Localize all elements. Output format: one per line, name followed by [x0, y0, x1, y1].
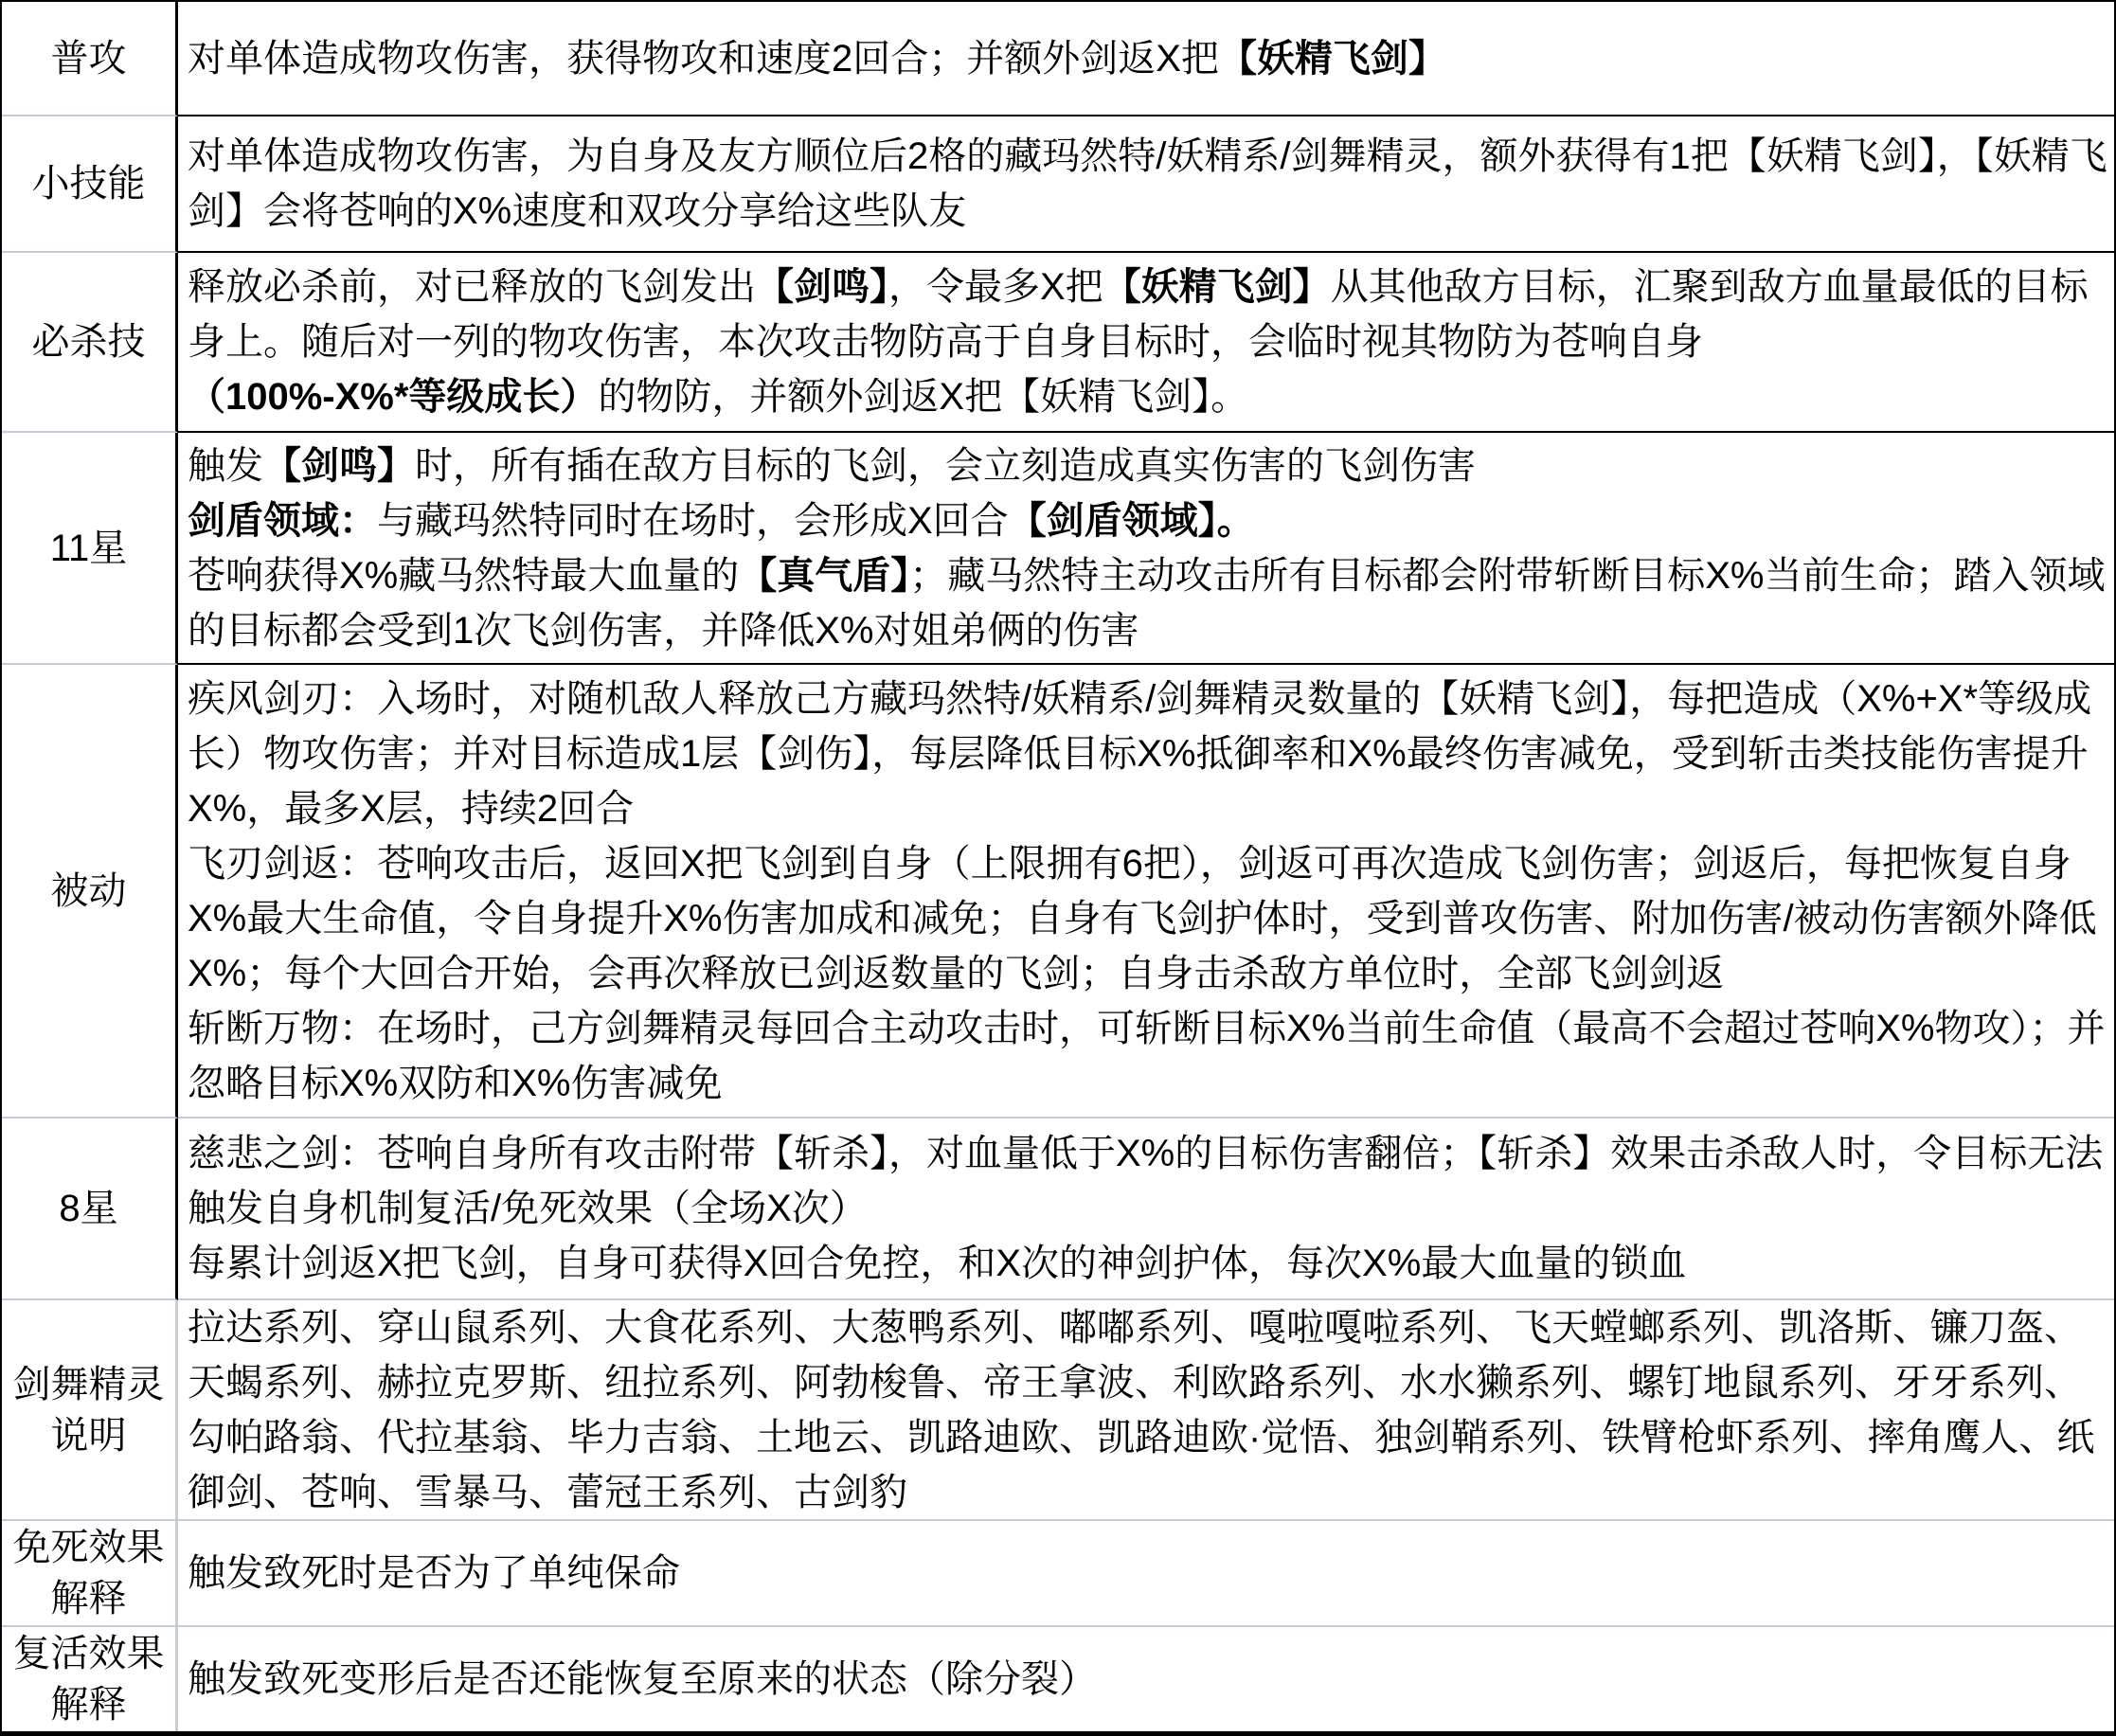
table-row: 8星慈悲之剑：苍响自身所有攻击附带【斩杀】，对血量低于X%的目标伤害翻倍；【斩杀… [2, 1119, 2114, 1300]
content-paragraph: 每累计剑返X把飞剑，自身可获得X回合免控，和X次的神剑护体，每次X%最大血量的锁… [188, 1236, 2110, 1291]
bold-text-segment: 【妖精飞剑】 [1103, 266, 1331, 308]
content-paragraph: 释放必杀前，对已释放的飞剑发出【剑鸣】，令最多X把【妖精飞剑】从其他敌方目标，汇… [188, 260, 2110, 424]
table-row: 被动疾风剑刃：入场时，对随机敌人释放己方藏玛然特/妖精系/剑舞精灵数量的【妖精飞… [2, 665, 2114, 1119]
row-content-cell: 触发致死变形后是否还能恢复至原来的状态（除分裂） [178, 1627, 2114, 1731]
content-paragraph: 剑盾领域：与藏玛然特同时在场时，会形成X回合【剑盾领域】。 [188, 493, 2110, 548]
row-label-cell: 必杀技 [2, 253, 178, 433]
text-segment: 斩断万物：在场时，己方剑舞精灵每回合主动攻击时，可斩断目标X%当前生命值（最高不… [188, 1008, 2106, 1104]
text-segment: 疾风剑刃：入场时，对随机敌人释放己方藏玛然特/妖精系/剑舞精灵数量的【妖精飞剑】… [188, 678, 2091, 830]
text-segment: 拉达系列、穿山鼠系列、大食花系列、大葱鸭系列、嘟嘟系列、嘎啦嘎啦系列、飞天螳螂系… [188, 1307, 2094, 1513]
bold-text-segment: （100%-X%*等级成长） [188, 376, 598, 418]
row-content-cell: 疾风剑刃：入场时，对随机敌人释放己方藏玛然特/妖精系/剑舞精灵数量的【妖精飞剑】… [178, 665, 2114, 1119]
table-row: 免死效果解释触发致死时是否为了单纯保命 [2, 1521, 2114, 1627]
content-paragraph: 飞刃剑返：苍响攻击后，返回X把飞剑到自身（上限拥有6把），剑返可再次造成飞剑伤害… [188, 836, 2110, 1001]
text-segment: 对单体造成物攻伤害，获得物攻和速度2回合；并额外剑返X把 [188, 38, 1219, 80]
text-segment: 触发致死变形后是否还能恢复至原来的状态（除分裂） [188, 1658, 1097, 1700]
text-segment: 每累计剑返X把飞剑，自身可获得X回合免控，和X次的神剑护体，每次X%最大血量的锁… [188, 1243, 1686, 1284]
table-row: 必杀技释放必杀前，对已释放的飞剑发出【剑鸣】，令最多X把【妖精飞剑】从其他敌方目… [2, 253, 2114, 433]
bold-text-segment: 【剑盾领域】。 [1009, 500, 1255, 542]
content-paragraph: 触发致死时是否为了单纯保命 [188, 1546, 2110, 1601]
row-content-cell: 拉达系列、穿山鼠系列、大食花系列、大葱鸭系列、嘟嘟系列、嘎啦嘎啦系列、飞天螳螂系… [178, 1300, 2114, 1521]
text-segment: 苍响获得X%藏马然特最大血量的 [188, 555, 739, 597]
text-segment: 与藏玛然特同时在场时，会形成X回合 [377, 500, 1009, 542]
content-paragraph: 对单体造成物攻伤害，获得物攻和速度2回合；并额外剑返X把【妖精飞剑】 [188, 31, 2110, 86]
row-content-cell: 慈悲之剑：苍响自身所有攻击附带【斩杀】，对血量低于X%的目标伤害翻倍；【斩杀】效… [178, 1119, 2114, 1300]
row-label-cell: 11星 [2, 433, 178, 665]
row-label-cell: 普攻 [2, 2, 178, 116]
table-row: 复活效果解释触发致死变形后是否还能恢复至原来的状态（除分裂） [2, 1627, 2114, 1731]
bold-text-segment: 剑盾领域： [188, 500, 377, 542]
text-segment: ，令最多X把 [888, 266, 1103, 308]
content-paragraph: 斩断万物：在场时，己方剑舞精灵每回合主动攻击时，可斩断目标X%当前生命值（最高不… [188, 1001, 2110, 1111]
row-label-cell: 被动 [2, 665, 178, 1119]
content-paragraph: 对单体造成物攻伤害，为自身及友方顺位后2格的藏玛然特/妖精系/剑舞精灵，额外获得… [188, 129, 2110, 239]
row-content-cell: 释放必杀前，对已释放的飞剑发出【剑鸣】，令最多X把【妖精飞剑】从其他敌方目标，汇… [178, 253, 2114, 433]
text-segment: 触发致死时是否为了单纯保命 [188, 1552, 680, 1594]
row-content-cell: 对单体造成物攻伤害，为自身及友方顺位后2格的藏玛然特/妖精系/剑舞精灵，额外获得… [178, 116, 2114, 253]
bold-text-segment: 【剑鸣】 [756, 266, 888, 308]
row-label-cell: 小技能 [2, 116, 178, 253]
text-segment: 飞刃剑返：苍响攻击后，返回X把飞剑到自身（上限拥有6把），剑返可再次造成飞剑伤害… [188, 843, 2097, 994]
content-paragraph: 触发致死变形后是否还能恢复至原来的状态（除分裂） [188, 1652, 2110, 1707]
row-label-cell: 复活效果解释 [2, 1627, 178, 1731]
skill-table: 普攻对单体造成物攻伤害，获得物攻和速度2回合；并额外剑返X把【妖精飞剑】小技能对… [0, 0, 2116, 1736]
row-content-cell: 触发致死时是否为了单纯保命 [178, 1521, 2114, 1627]
content-paragraph: 疾风剑刃：入场时，对随机敌人释放己方藏玛然特/妖精系/剑舞精灵数量的【妖精飞剑】… [188, 671, 2110, 836]
text-segment: 慈悲之剑：苍响自身所有攻击附带【斩杀】，对血量低于X%的目标伤害翻倍；【斩杀】效… [188, 1133, 2103, 1229]
row-label-cell: 8星 [2, 1119, 178, 1300]
text-segment: 的物防，并额外剑返X把【妖精飞剑】。 [598, 376, 1248, 418]
row-label-cell: 免死效果解释 [2, 1521, 178, 1627]
text-segment: 触发 [188, 445, 263, 487]
table-row: 小技能对单体造成物攻伤害，为自身及友方顺位后2格的藏玛然特/妖精系/剑舞精灵，额… [2, 116, 2114, 253]
bold-text-segment: 【真气盾】 [739, 555, 909, 597]
text-segment: 时，所有插在敌方目标的飞剑，会立刻造成真实伤害的飞剑伤害 [415, 445, 1476, 487]
table-row: 普攻对单体造成物攻伤害，获得物攻和速度2回合；并额外剑返X把【妖精飞剑】 [2, 2, 2114, 116]
row-label-cell: 剑舞精灵说明 [2, 1300, 178, 1521]
bold-text-segment: 【剑鸣】 [263, 445, 415, 487]
content-paragraph: 触发【剑鸣】时，所有插在敌方目标的飞剑，会立刻造成真实伤害的飞剑伤害 [188, 438, 2110, 493]
content-paragraph: 慈悲之剑：苍响自身所有攻击附带【斩杀】，对血量低于X%的目标伤害翻倍；【斩杀】效… [188, 1126, 2110, 1236]
content-paragraph: 拉达系列、穿山鼠系列、大食花系列、大葱鸭系列、嘟嘟系列、嘎啦嘎啦系列、飞天螳螂系… [188, 1300, 2110, 1520]
table-row: 剑舞精灵说明拉达系列、穿山鼠系列、大食花系列、大葱鸭系列、嘟嘟系列、嘎啦嘎啦系列… [2, 1300, 2114, 1521]
table-row: 11星触发【剑鸣】时，所有插在敌方目标的飞剑，会立刻造成真实伤害的飞剑伤害剑盾领… [2, 433, 2114, 665]
row-content-cell: 触发【剑鸣】时，所有插在敌方目标的飞剑，会立刻造成真实伤害的飞剑伤害剑盾领域：与… [178, 433, 2114, 665]
content-paragraph: 苍响获得X%藏马然特最大血量的【真气盾】；藏马然特主动攻击所有目标都会附带斩断目… [188, 548, 2110, 658]
bold-text-segment: 【妖精飞剑】 [1219, 38, 1446, 80]
text-segment: 对单体造成物攻伤害，为自身及友方顺位后2格的藏玛然特/妖精系/剑舞精灵，额外获得… [188, 135, 2107, 232]
row-content-cell: 对单体造成物攻伤害，获得物攻和速度2回合；并额外剑返X把【妖精飞剑】 [178, 2, 2114, 116]
text-segment: 释放必杀前，对已释放的飞剑发出 [188, 266, 756, 308]
